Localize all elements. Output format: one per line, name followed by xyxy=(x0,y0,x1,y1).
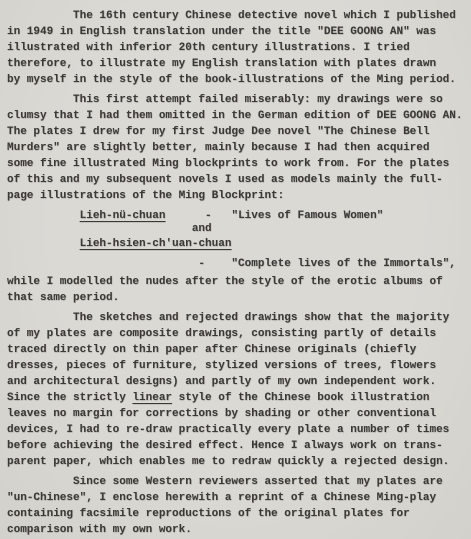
text-line: and architectural designs) and partly of… xyxy=(7,374,471,390)
text-line: devices, I had to re-draw practically ev… xyxy=(7,422,471,438)
text-line: containing facsimile reproductions of th… xyxy=(7,506,471,522)
text-line: illustrated with inferior 20th century i… xyxy=(7,40,471,56)
text-line: by myself in the style of the book-illus… xyxy=(7,72,471,88)
text-line: dresses, pieces of furniture, stylized v… xyxy=(7,358,471,374)
text-line: leaves no margin for corrections by shad… xyxy=(7,406,471,422)
text-line: while I modelled the nudes after the sty… xyxy=(7,274,471,290)
typewritten-page: The 16th century Chinese detective novel… xyxy=(0,0,471,539)
book-title-line: Lieh-hsien-ch'uan-chuan xyxy=(7,236,471,252)
text-line: some fine illustrated Ming blockprints t… xyxy=(7,156,471,172)
text-line: before achieving the desired effect. Hen… xyxy=(7,438,471,454)
text-line: parent paper, which enables me to redraw… xyxy=(7,454,471,470)
text-line: traced directly on thin paper after Chin… xyxy=(7,342,471,358)
text-line: of my plates are composite drawings, con… xyxy=(7,326,471,342)
text-line: Since some Western reviewers asserted th… xyxy=(7,474,471,490)
text-line: The sketches and rejected drawings show … xyxy=(7,310,471,326)
text-line: of this and my subsequent novels I used … xyxy=(7,172,471,188)
text-line: page illustrations of the Ming Blockprin… xyxy=(7,188,471,204)
text-line: therefore, to illustrate my English tran… xyxy=(7,56,471,72)
document-text: The 16th century Chinese detective novel… xyxy=(7,8,471,538)
emphasized-word-underlined: linear xyxy=(132,392,172,404)
indent-spaces xyxy=(7,238,80,250)
text-line: in 1949 in English translation under the… xyxy=(7,24,471,40)
text-line: The 16th century Chinese detective novel… xyxy=(7,8,471,24)
text-line: Murders" are slightly better, mainly bec… xyxy=(7,140,471,156)
book-title-underlined: Lieh-hsien-ch'uan-chuan xyxy=(80,238,232,250)
line-segment: Since the strictly xyxy=(7,392,132,404)
text-line: "un-Chinese", I enclose herewith a repri… xyxy=(7,490,471,506)
text-line: Since the strictly linear style of the C… xyxy=(7,390,471,406)
text-line: comparison with my own work. xyxy=(7,522,471,538)
text-line: - "Complete lives of the Immortals", xyxy=(7,256,471,272)
line-segment: style of the Chinese book illustration xyxy=(172,392,429,404)
text-line: that same period. xyxy=(7,290,471,306)
text-line: clumsy that I had them omitted in the Ge… xyxy=(7,108,471,124)
text-line: This first attempt failed miserably: my … xyxy=(7,92,471,108)
text-line: The plates I drew for my first Judge Dee… xyxy=(7,124,471,140)
